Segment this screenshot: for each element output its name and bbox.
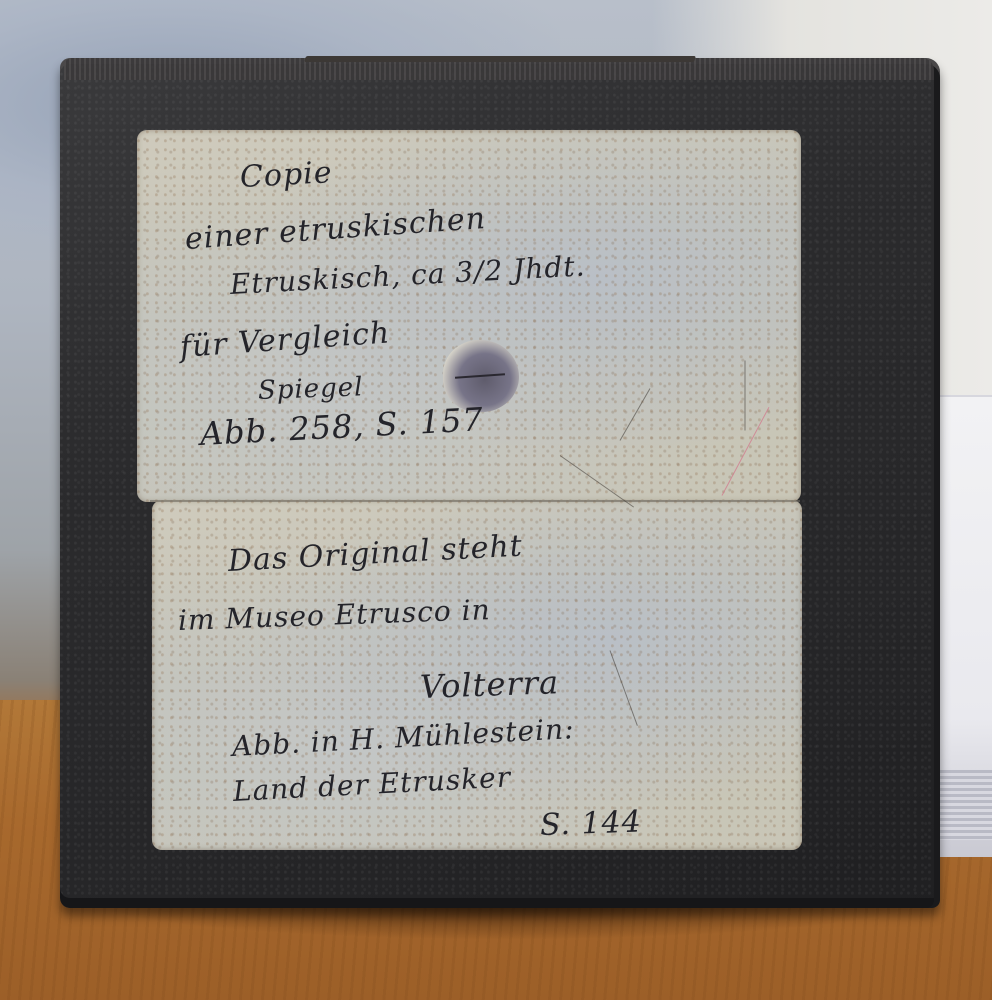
label-line-1: Copie xyxy=(239,155,333,195)
label-line-12: S. 144 xyxy=(539,804,642,843)
metal-sliver xyxy=(304,56,696,62)
label-line-5: Spiegel xyxy=(257,372,363,406)
label-fold-line xyxy=(150,500,800,502)
label-line-9: Volterra xyxy=(419,663,559,706)
scratch-mark xyxy=(745,361,746,431)
